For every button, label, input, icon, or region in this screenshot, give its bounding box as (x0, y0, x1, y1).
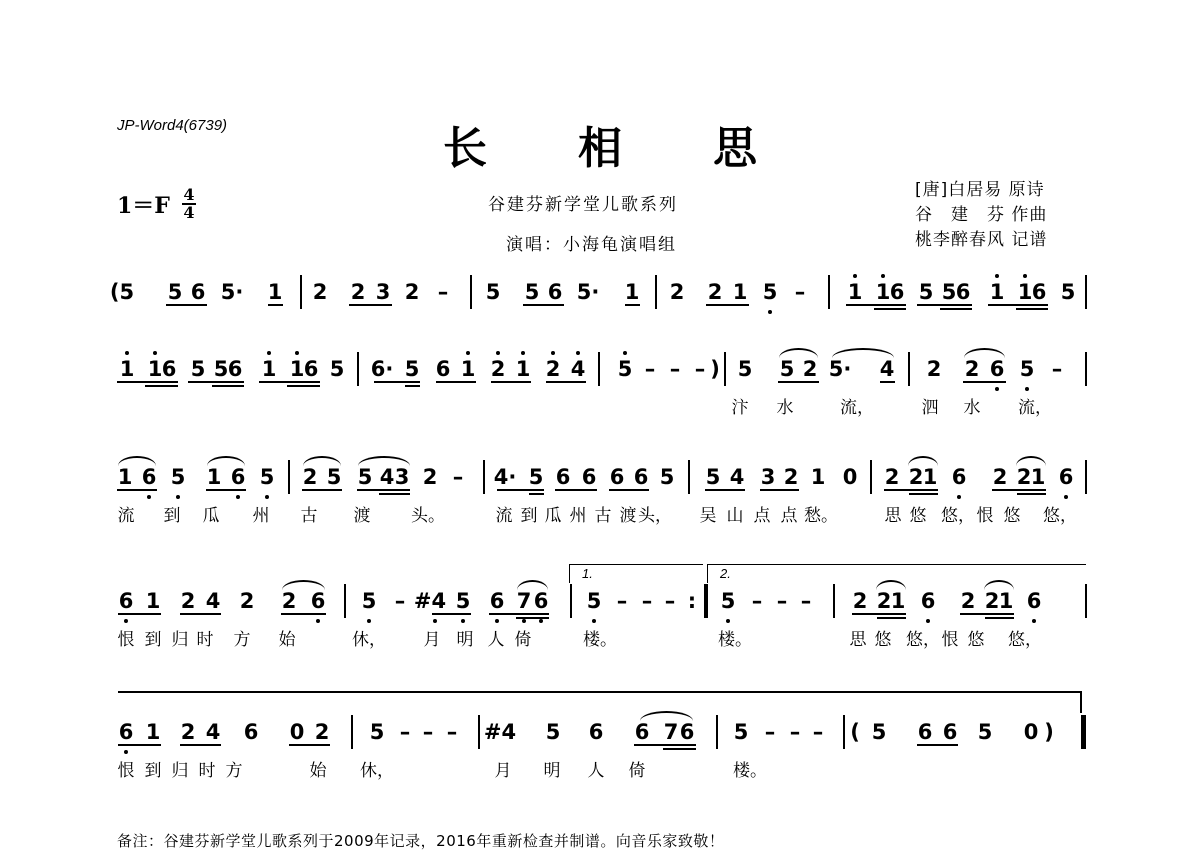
note: 1 (146, 589, 161, 613)
volta-label: 2. (720, 566, 731, 581)
note: 6 (191, 280, 206, 304)
note: 2 (303, 465, 318, 489)
eighth-beam (917, 744, 958, 746)
note: 1 (461, 357, 476, 381)
note: 2 (853, 589, 868, 613)
note: 5 (168, 280, 183, 304)
low-octave-dot (1032, 619, 1036, 623)
note: – (645, 357, 656, 381)
lyric: 明 (544, 756, 561, 781)
sixteenth-beam (405, 385, 420, 387)
sixteenth-beam (877, 617, 906, 619)
note: 6 (244, 720, 259, 744)
note: 6 (680, 720, 695, 744)
eighth-beam (546, 381, 586, 383)
barline (344, 584, 346, 618)
note: 6 (918, 720, 933, 744)
note: 5 (734, 720, 749, 744)
note: 7 (517, 589, 532, 613)
final-barline (1081, 715, 1086, 749)
note: 5 (780, 357, 795, 381)
low-octave-dot (522, 619, 526, 623)
note: : (688, 589, 696, 613)
eighth-beam (281, 613, 326, 615)
eighth-beam (188, 381, 244, 383)
note: 5 (660, 465, 675, 489)
low-octave-dot (539, 619, 543, 623)
volta-bracket: 1. (569, 564, 703, 583)
slur (964, 348, 1005, 358)
note: 6 (635, 720, 650, 744)
note: 6 (556, 465, 571, 489)
note: 5 (763, 280, 778, 304)
note: 3 (395, 465, 410, 489)
note: 1 (120, 357, 135, 381)
note: 2 (803, 357, 818, 381)
note: – (795, 280, 806, 304)
note: 6 (436, 357, 451, 381)
note: 5 (171, 465, 186, 489)
eighth-beam (436, 381, 476, 383)
barline (870, 460, 872, 494)
lyric: 休， (360, 756, 394, 781)
barline (655, 275, 657, 309)
sixteenth-beam (874, 308, 906, 310)
slur (640, 711, 693, 721)
low-octave-dot (1064, 495, 1068, 499)
note: 1 (207, 465, 222, 489)
note: 5 (978, 720, 993, 744)
eighth-beam (963, 381, 1006, 383)
eighth-beam (302, 489, 342, 491)
barline (470, 275, 472, 309)
title-char: 长 (398, 112, 533, 176)
note: 2 (909, 465, 924, 489)
lyric: 楼。 (718, 625, 752, 650)
barline (1085, 275, 1087, 309)
note: 5 (358, 465, 373, 489)
lyric: 倚 (629, 756, 646, 781)
note: 1 (146, 720, 161, 744)
barline (828, 275, 830, 309)
lyric: 古 (301, 501, 318, 526)
low-octave-dot (1025, 387, 1029, 391)
note: 5 (721, 589, 736, 613)
note: – (790, 720, 801, 744)
note: 5· (577, 280, 600, 304)
note: 1 (268, 280, 283, 304)
note: #4 (484, 720, 516, 744)
barline (716, 715, 718, 749)
note: 5 (525, 280, 540, 304)
note: 6 (990, 357, 1005, 381)
time-bottom: 4 (183, 206, 194, 220)
note: – (765, 720, 776, 744)
eighth-beam (374, 381, 420, 383)
note: 5 (362, 589, 377, 613)
lyric: 水 (777, 393, 794, 418)
sixteenth-beam (909, 493, 938, 495)
barline (598, 352, 600, 386)
note: 6 (119, 589, 134, 613)
lyric: 水 (964, 393, 981, 418)
note: 1 (990, 280, 1005, 304)
lyric: 点 (781, 501, 798, 526)
low-octave-dot (495, 619, 499, 623)
lyric: 倚 (515, 625, 532, 650)
note: 6 (142, 465, 157, 489)
low-octave-dot (265, 495, 269, 499)
lyric: 楼。 (583, 625, 617, 650)
note: 6 (162, 357, 177, 381)
slur (1016, 456, 1046, 466)
lyric: 楼。 (733, 756, 767, 781)
slur (303, 456, 341, 466)
note: 6 (956, 280, 971, 304)
eighth-beam (992, 489, 1046, 491)
sixteenth-beam (985, 617, 1014, 619)
note: – (438, 280, 449, 304)
lyric: 时 (199, 756, 216, 781)
eighth-beam (349, 304, 392, 306)
low-octave-dot (957, 495, 961, 499)
note: 4 (571, 357, 586, 381)
note: 1 (1018, 280, 1033, 304)
lyric: 人 (488, 625, 505, 650)
note: 2 (877, 589, 892, 613)
note: 5 (706, 465, 721, 489)
eighth-beam (778, 381, 819, 383)
barline (300, 275, 302, 309)
note: – (752, 589, 763, 613)
lyric: 到 (145, 625, 162, 650)
note: ( (850, 720, 860, 744)
eighth-beam (917, 304, 972, 306)
eighth-beam (289, 744, 330, 746)
high-octave-dot (995, 274, 999, 278)
note: – (665, 589, 676, 613)
singer-label: 演唱：小海龟演唱组 (506, 230, 677, 255)
note: 5 (942, 280, 957, 304)
note: 1 (148, 357, 163, 381)
eighth-beam (705, 489, 745, 491)
lyric: 休， (352, 625, 386, 650)
lyric: 流 (496, 501, 513, 526)
lyric: 到 (164, 501, 181, 526)
lyric: 月 (495, 756, 512, 781)
note: 1 (876, 280, 891, 304)
note: 2 (965, 357, 980, 381)
high-octave-dot (295, 351, 299, 355)
lyric: 恨 (942, 625, 959, 650)
eighth-beam (852, 613, 906, 615)
eighth-beam (357, 489, 410, 491)
barline (724, 352, 726, 386)
note: 5 (327, 465, 342, 489)
note: – (423, 720, 434, 744)
song-title: 长相思 (0, 112, 1200, 176)
lyric: 明 (457, 625, 474, 650)
lyric: 头， (638, 501, 672, 526)
barline (843, 715, 845, 749)
note: 1 (891, 589, 906, 613)
note: 6 (534, 589, 549, 613)
low-octave-dot (124, 619, 128, 623)
eighth-beam (706, 304, 749, 306)
lyric: 州 (570, 501, 587, 526)
sixteenth-beam (287, 385, 320, 387)
lyric: 思 (885, 501, 902, 526)
eighth-beam (117, 381, 178, 383)
note: 6 (1032, 280, 1047, 304)
note: #4 (414, 589, 446, 613)
low-octave-dot (995, 387, 999, 391)
time-signature: 4 4 (182, 188, 196, 220)
note: 2 (546, 357, 561, 381)
lyric: 悠 (875, 625, 892, 650)
lyric: 月 (424, 625, 441, 650)
note: 2 (927, 357, 942, 381)
note: 2 (993, 465, 1008, 489)
lyric: 恨 (977, 501, 994, 526)
repeat-span-end (1080, 691, 1082, 713)
lyric: 泗 (922, 393, 939, 418)
credit-lyricist: [唐]白居易 原诗 (915, 178, 1047, 203)
lyric: 悠， (1043, 501, 1077, 526)
barline (1085, 584, 1087, 618)
eighth-beam (880, 381, 895, 383)
lyric: 山 (727, 501, 744, 526)
note: – (617, 589, 628, 613)
low-octave-dot (926, 619, 930, 623)
eighth-beam (634, 744, 696, 746)
high-octave-dot (153, 351, 157, 355)
note: – (801, 589, 812, 613)
high-octave-dot (466, 351, 470, 355)
lyric: 人 (588, 756, 605, 781)
note: (5 (110, 280, 134, 304)
note: 1 (625, 280, 640, 304)
lyric: 时 (197, 625, 214, 650)
barline (688, 460, 690, 494)
note: 6 (943, 720, 958, 744)
lyric: 恨 (118, 756, 135, 781)
high-octave-dot (853, 274, 857, 278)
note: 1 (118, 465, 133, 489)
low-octave-dot (176, 495, 180, 499)
lyric: 吴 (700, 501, 717, 526)
sixteenth-beam (212, 385, 244, 387)
high-octave-dot (551, 351, 555, 355)
barline (357, 352, 359, 386)
slur (908, 456, 938, 466)
note: 6 (952, 465, 967, 489)
lyric: 方 (226, 756, 243, 781)
note: 5 (370, 720, 385, 744)
note: 2 (491, 357, 506, 381)
eighth-beam (625, 304, 640, 306)
eighth-beam (489, 613, 549, 615)
note: 5 (587, 589, 602, 613)
high-octave-dot (496, 351, 500, 355)
eighth-beam (555, 489, 597, 491)
eighth-beam (988, 304, 1048, 306)
eighth-beam (960, 613, 1014, 615)
note: 2 (282, 589, 297, 613)
eighth-beam (259, 381, 320, 383)
eighth-beam (523, 304, 564, 306)
slur (282, 580, 325, 590)
eighth-beam (432, 613, 471, 615)
note: 5 (1020, 357, 1035, 381)
sixteenth-beam (379, 493, 410, 495)
barline (288, 460, 290, 494)
eighth-beam (609, 489, 649, 491)
series-label: 谷建芬新学堂儿歌系列 (488, 190, 678, 215)
note: 5 (405, 357, 420, 381)
eighth-beam (206, 489, 246, 491)
low-octave-dot (124, 750, 128, 754)
note: 4 (206, 720, 221, 744)
key-label: 1＝F (117, 189, 170, 220)
sixteenth-beam (1017, 493, 1046, 495)
note: 2 (405, 280, 420, 304)
note: 1 (262, 357, 277, 381)
low-octave-dot (461, 619, 465, 623)
lyric: 悠， (941, 501, 975, 526)
sixteenth-beam (940, 308, 972, 310)
high-octave-dot (623, 351, 627, 355)
note: 2 (181, 720, 196, 744)
note: 6 (490, 589, 505, 613)
note: 2 (313, 280, 328, 304)
note: 1 (811, 465, 826, 489)
note: 5· (829, 357, 852, 381)
barline (478, 715, 480, 749)
sixteenth-beam (145, 385, 178, 387)
lyric: 悠， (906, 625, 940, 650)
note: – (453, 465, 464, 489)
note: 6 (890, 280, 905, 304)
note: 5 (738, 357, 753, 381)
barline (483, 460, 485, 494)
note: ) (1044, 720, 1054, 744)
barline (351, 715, 353, 749)
barline (570, 584, 572, 618)
low-octave-dot (768, 310, 772, 314)
low-octave-dot (433, 619, 437, 623)
slur (517, 580, 548, 590)
eighth-beam (491, 381, 531, 383)
note: 6 (921, 589, 936, 613)
note: 7 (664, 720, 679, 744)
note: – (400, 720, 411, 744)
note: 5 (456, 589, 471, 613)
note: 5 (486, 280, 501, 304)
lyric: 悠 (910, 501, 927, 526)
lyric: 始 (279, 625, 296, 650)
note: 4 (380, 465, 395, 489)
note: 6 (589, 720, 604, 744)
note: 6 (1027, 589, 1042, 613)
eighth-beam (760, 489, 799, 491)
note: 2 (240, 589, 255, 613)
eighth-beam (166, 304, 207, 306)
note: – (642, 589, 653, 613)
eighth-beam (846, 304, 906, 306)
note: 1 (733, 280, 748, 304)
note: 6· (371, 357, 394, 381)
slur (118, 456, 156, 466)
high-octave-dot (125, 351, 129, 355)
note: 5 (919, 280, 934, 304)
lyric: 归 (172, 625, 189, 650)
lyric: 州 (253, 501, 270, 526)
note: 2 (961, 589, 976, 613)
note: 0 (843, 465, 858, 489)
lyric: 古 (595, 501, 612, 526)
note: 5 (546, 720, 561, 744)
footer-note: 备注：谷建芬新学堂儿歌系列于2009年记录，2016年重新检查并制谱。向音乐家致… (117, 830, 724, 850)
lyric: 到 (145, 756, 162, 781)
lyric: 愁。 (804, 501, 838, 526)
lyric: 方 (234, 625, 251, 650)
note: 4 (206, 589, 221, 613)
low-octave-dot (147, 495, 151, 499)
barline (1085, 352, 1087, 386)
lyric: 归 (172, 756, 189, 781)
note: – (447, 720, 458, 744)
note: 3 (376, 280, 391, 304)
note: 5 (260, 465, 275, 489)
note: 5 (618, 357, 633, 381)
lyric: 始 (310, 756, 327, 781)
note: 1 (999, 589, 1014, 613)
barline (833, 584, 835, 618)
note: 6 (228, 357, 243, 381)
note: 5 (214, 357, 229, 381)
note: 3 (761, 465, 776, 489)
low-octave-dot (316, 619, 320, 623)
note: 2 (1017, 465, 1032, 489)
slur (779, 348, 818, 358)
slur (207, 456, 245, 466)
lyric: 渡 (354, 501, 371, 526)
eighth-beam (884, 489, 938, 491)
note: 2 (784, 465, 799, 489)
eighth-beam (118, 744, 161, 746)
note: 5 (1061, 280, 1076, 304)
eighth-beam (118, 613, 161, 615)
note: – (395, 589, 406, 613)
lyric: 流 (118, 501, 135, 526)
lyric: 头。 (411, 501, 445, 526)
slur (358, 456, 410, 466)
volta-label: 1. (582, 566, 593, 581)
sixteenth-beam (529, 493, 544, 495)
lyric: 流， (1018, 393, 1052, 418)
note: 0 (290, 720, 305, 744)
title-char: 相 (533, 112, 668, 176)
low-octave-dot (726, 619, 730, 623)
note: 2 (670, 280, 685, 304)
eighth-beam (180, 744, 221, 746)
lyric: 思 (850, 625, 867, 650)
low-octave-dot (592, 619, 596, 623)
lyric: 到 (521, 501, 538, 526)
note: 6 (548, 280, 563, 304)
note: 6 (119, 720, 134, 744)
